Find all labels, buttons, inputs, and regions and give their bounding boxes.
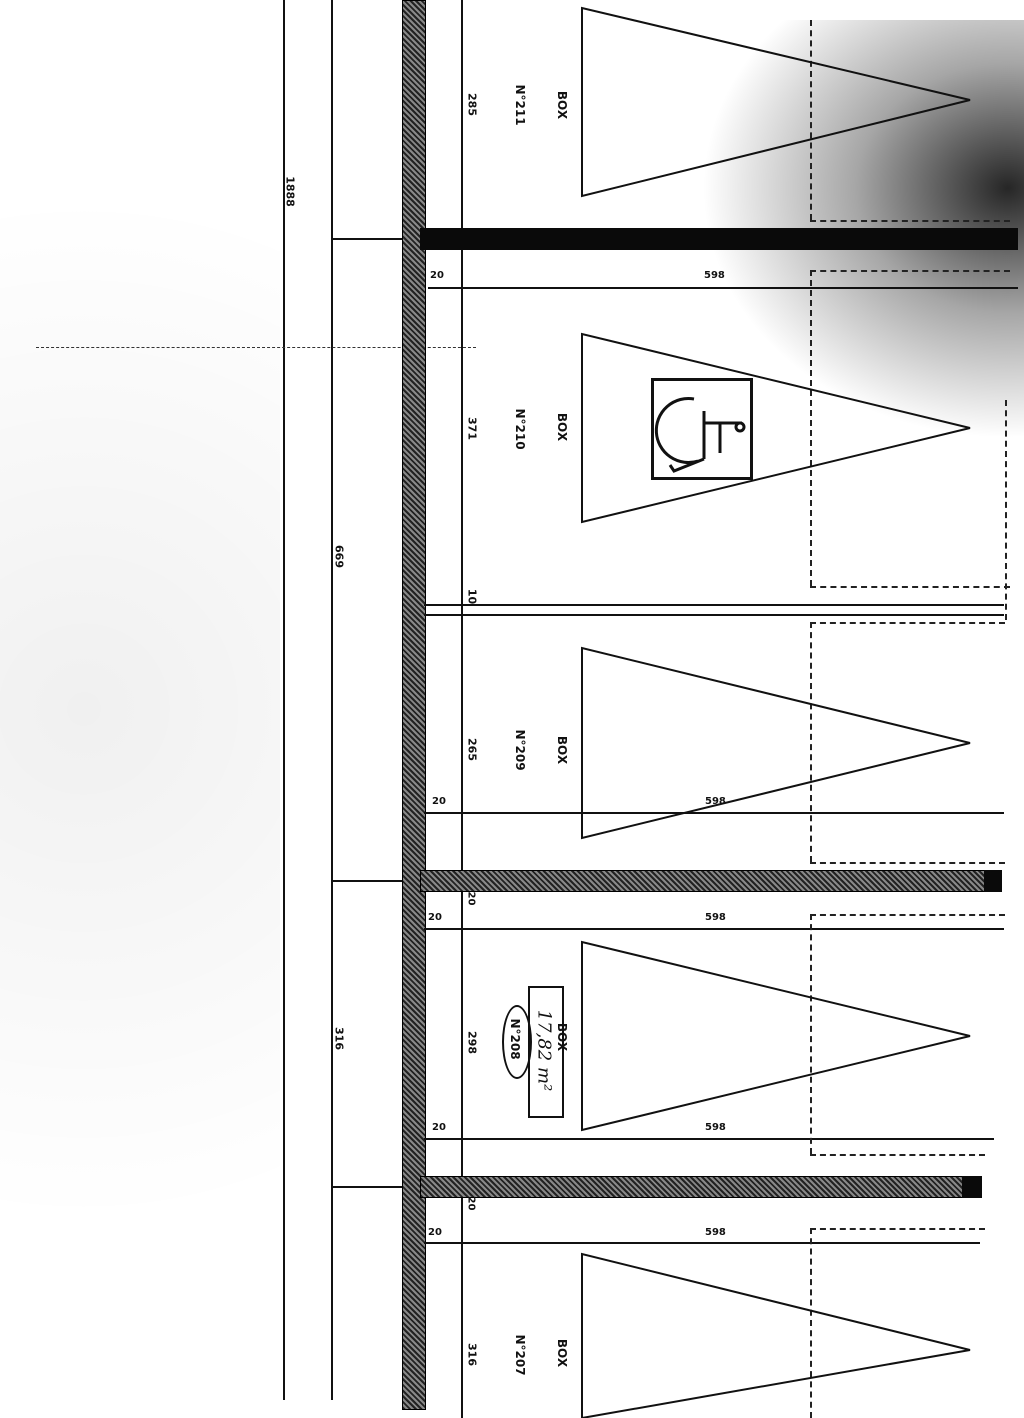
box-label: BOX	[555, 730, 569, 770]
box-number: N°207	[513, 1330, 527, 1380]
box-number: N°209	[513, 725, 527, 775]
handwritten-area-note: 17,82 m²	[534, 1001, 555, 1101]
box-width-label: 371	[466, 409, 479, 449]
direction-triangles	[0, 0, 1024, 1418]
box-width-label: 265	[466, 730, 479, 770]
box-number: N°208	[508, 1014, 522, 1064]
box-label: BOX	[555, 1333, 569, 1373]
box-width-label: 298	[466, 1023, 479, 1063]
box-label: BOX	[555, 85, 569, 125]
box-width-label: 285	[466, 85, 479, 125]
wheelchair-accessibility-icon	[651, 378, 753, 480]
box-width-label: 316	[466, 1335, 479, 1375]
box-number: N°211	[513, 80, 527, 130]
box-label: BOX	[555, 407, 569, 447]
box-number: N°210	[513, 404, 527, 454]
